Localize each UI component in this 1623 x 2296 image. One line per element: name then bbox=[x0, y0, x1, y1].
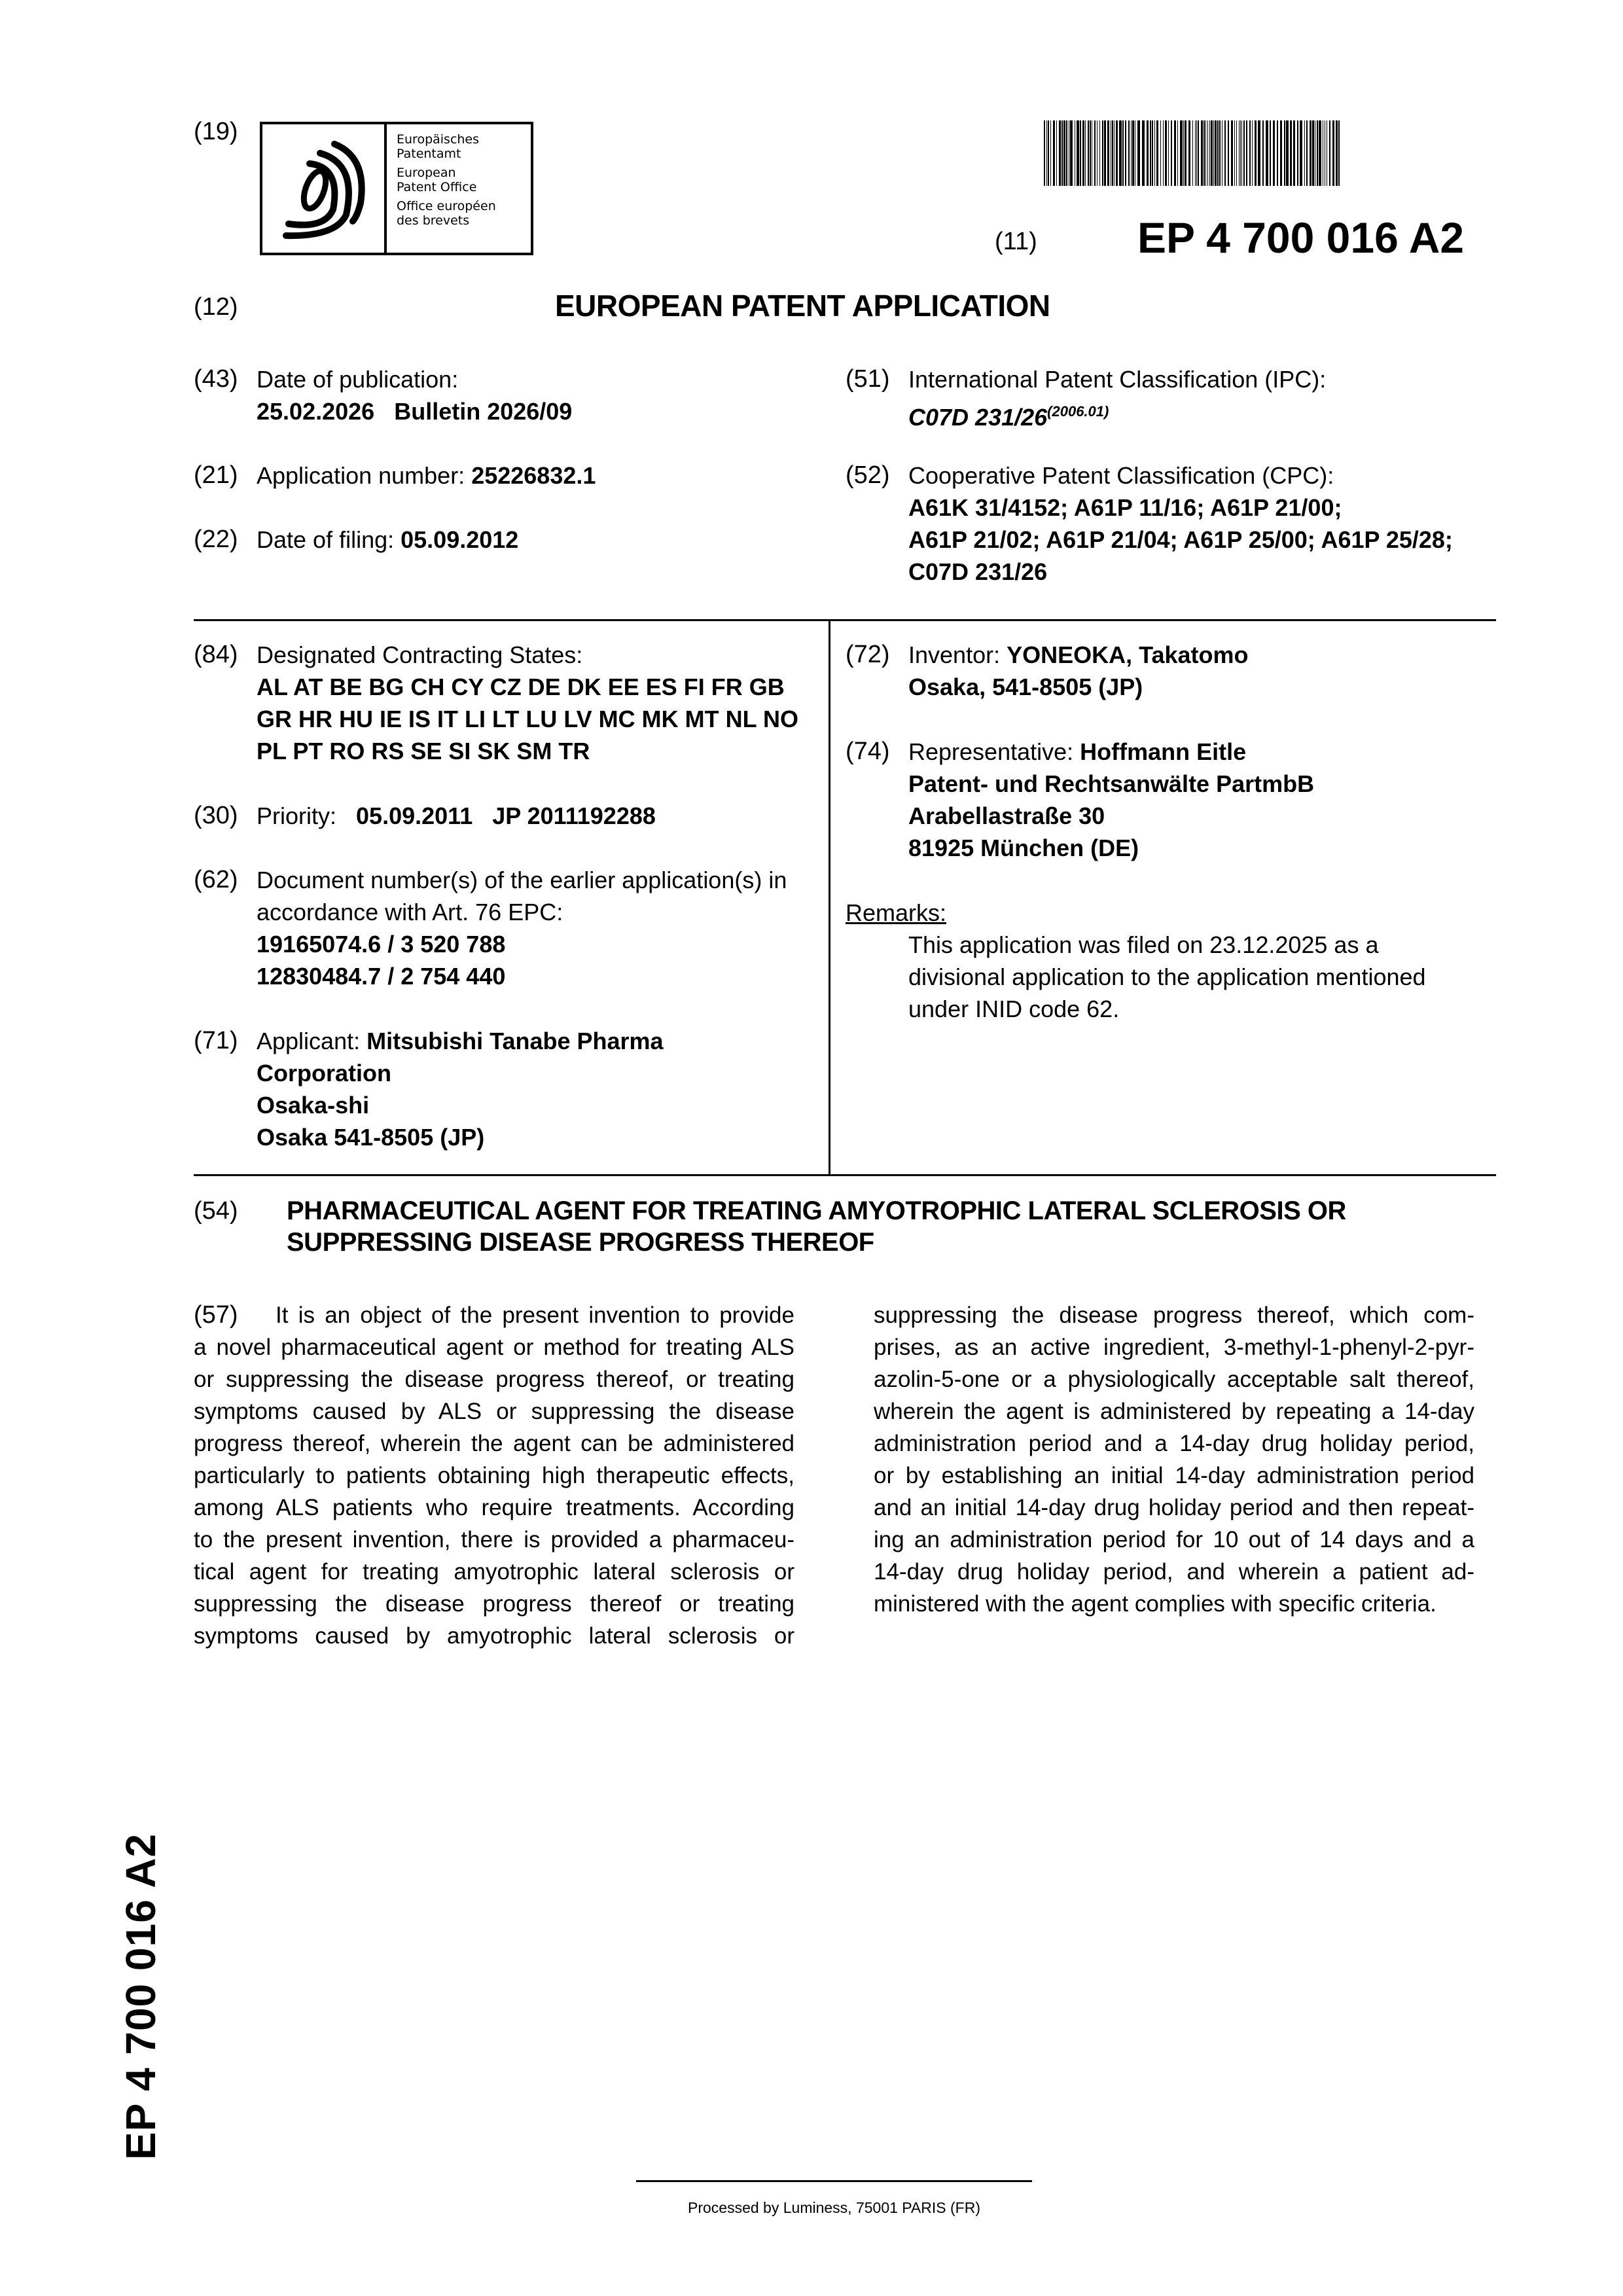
inid-19: (19) bbox=[194, 118, 238, 146]
epo-emblem-icon bbox=[276, 137, 374, 242]
abstract-line: a novel pharmaceutical agent or method f… bbox=[194, 1331, 794, 1363]
footer-rule bbox=[636, 2180, 1032, 2182]
abstract-line: prises, as an active ingredient, 3-methy… bbox=[874, 1331, 1474, 1363]
abstract-line: ing an administration period for 10 out … bbox=[874, 1524, 1474, 1556]
abstract-line: (57)It is an object of the present inven… bbox=[194, 1299, 794, 1331]
divider-top bbox=[194, 619, 1496, 621]
office-name: Europäisches Patentamt European Patent O… bbox=[397, 132, 496, 228]
footer-text: Processed by Luminess, 75001 PARIS (FR) bbox=[636, 2199, 1032, 2217]
inid-12: (12) bbox=[194, 293, 238, 321]
inid-11: (11) bbox=[995, 228, 1037, 256]
abstract-column-right: suppressing the disease progress thereof… bbox=[874, 1299, 1474, 1620]
epo-logo: Europäisches Patentamt European Patent O… bbox=[260, 122, 533, 255]
abstract-line: particularly to patients obtaining high … bbox=[194, 1460, 794, 1492]
abstract-column-left: (57)It is an object of the present inven… bbox=[194, 1299, 794, 1652]
abstract-line: suppressing the disease progress thereof… bbox=[194, 1588, 794, 1620]
abstract-line: among ALS patients who require treatment… bbox=[194, 1492, 794, 1524]
publication-number: EP 4 700 016 A2 bbox=[1137, 213, 1464, 262]
inid-57: (57) bbox=[194, 1299, 276, 1331]
abstract-line: or suppressing the disease progress ther… bbox=[194, 1363, 794, 1395]
abstract-line: wherein the agent is administered by rep… bbox=[874, 1395, 1474, 1427]
divider-bottom bbox=[194, 1174, 1496, 1176]
abstract-line: azolin-5-one or a physiologically accept… bbox=[874, 1363, 1474, 1395]
remarks: Remarks: This application was filed on 2… bbox=[846, 897, 1426, 1025]
abstract-line: to the present invention, there is provi… bbox=[194, 1524, 794, 1556]
remarks-text: This application was filed on 23.12.2025… bbox=[846, 929, 1426, 1025]
divider-vertical bbox=[829, 619, 830, 1175]
abstract-line: tical agent for treating amyotrophic lat… bbox=[194, 1556, 794, 1588]
abstract-line: 14-day drug holiday period, and wherein … bbox=[874, 1556, 1474, 1588]
abstract-line: administration period and a 14-day drug … bbox=[874, 1427, 1474, 1460]
abstract-line: symptoms caused by amyotrophic lateral s… bbox=[194, 1620, 794, 1652]
abstract-line: and an initial 14-day drug holiday perio… bbox=[874, 1492, 1474, 1524]
abstract-line: suppressing the disease progress thereof… bbox=[874, 1299, 1474, 1331]
barcode bbox=[1044, 120, 1343, 186]
side-publication-number: EP 4 700 016 A2 bbox=[116, 1833, 165, 2160]
abstract-line: or by establishing an initial 14-day adm… bbox=[874, 1460, 1474, 1492]
remarks-heading: Remarks: bbox=[846, 897, 1426, 929]
abstract-line: symptoms caused by ALS or suppressing th… bbox=[194, 1395, 794, 1427]
abstract-line: progress thereof, wherein the agent can … bbox=[194, 1427, 794, 1460]
abstract-line: ministered with the agent complies with … bbox=[874, 1588, 1474, 1620]
document-type: EUROPEAN PATENT APPLICATION bbox=[555, 288, 1050, 323]
